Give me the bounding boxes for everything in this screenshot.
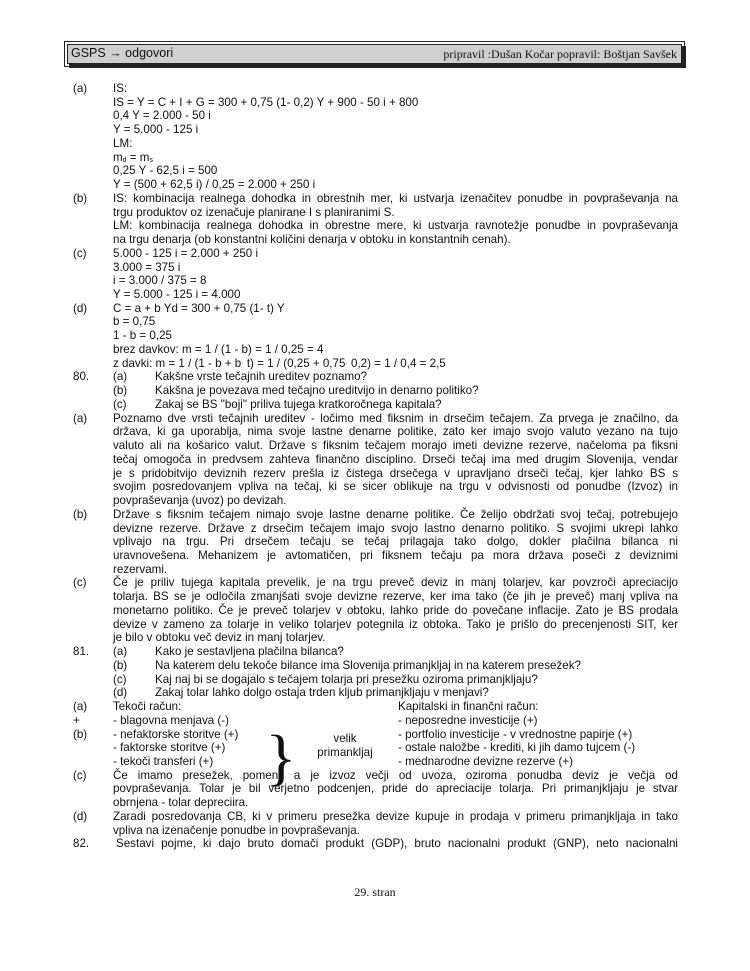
paragraph-line: povpraševanja (uvoz) po devizah. bbox=[113, 494, 286, 508]
item-label: (d) bbox=[113, 686, 127, 700]
paragraph-line: Če imamo presežek, pomeni, a je izvoz ve… bbox=[113, 769, 678, 783]
item-label: (a) bbox=[73, 412, 87, 426]
equation-line: 0,25 Y - 62,5 i = 500 bbox=[113, 164, 217, 178]
answer-a-line: (a)IS: bbox=[0, 82, 750, 96]
capital-account-heading: Kapitalski in finančni račun: bbox=[398, 700, 539, 714]
paragraph-line: Zaradi posredovanja CB, ki v primeru pre… bbox=[113, 810, 678, 824]
paragraph-line: na trgu denarja (ob konstantni količini … bbox=[113, 233, 511, 247]
item-label: (c) bbox=[113, 398, 127, 412]
question-number: 80. bbox=[73, 370, 89, 384]
document-credits: pripravil :Dušan Kočar popravil: Boštjan… bbox=[443, 47, 677, 62]
document-title: GSPS → odgovori bbox=[71, 46, 173, 60]
paragraph-line: rezervami. bbox=[113, 563, 167, 577]
brace-annotation: velik primankljaj bbox=[305, 732, 385, 760]
equation-line: 0,4 Y = 2.000 - 50 i bbox=[113, 109, 211, 123]
question-text: Kaj naj bi se dogajalo s tečajem tolarja… bbox=[155, 673, 538, 687]
equation-line: b = 0,75 bbox=[113, 315, 155, 329]
item-label: (b) bbox=[73, 728, 87, 742]
item-label: (c) bbox=[73, 576, 87, 590]
current-account-item: - faktorske storitve (+) bbox=[113, 741, 225, 755]
paragraph-line: vplivajo na trgu. Pri drsečem tečaju se … bbox=[113, 535, 678, 549]
paragraph-line: Države s fiksnim tečajem nimajo svoje la… bbox=[113, 508, 678, 522]
item-label: (a) bbox=[73, 700, 87, 714]
question-text: Kakšne vrste tečajnih ureditev poznamo? bbox=[155, 370, 367, 384]
item-label: (a) bbox=[113, 645, 127, 659]
paragraph-line: devize v zameno za tolarje in veliko tol… bbox=[113, 618, 678, 632]
page-number: 29. stran bbox=[0, 885, 750, 900]
equation-line: Y = 5.000 - 125 i bbox=[113, 123, 198, 137]
equation-line: IS: bbox=[113, 82, 127, 96]
current-account-item: - tekoči transferi (+) bbox=[113, 755, 213, 769]
equation-line: Y = (500 + 62,5 i) / 0,25 = 2.000 + 250 … bbox=[113, 178, 315, 192]
capital-account-item: - neposredne investicije (+) bbox=[398, 714, 538, 728]
equation-line: 5.000 - 125 i = 2.000 + 250 i bbox=[113, 247, 258, 261]
paragraph-line: devizne rezerve. Države z drsečim tečaje… bbox=[113, 522, 678, 536]
equation-line: Y = 5.000 - 125 i = 4.000 bbox=[113, 288, 240, 302]
paragraph-line: svojim posredovanjem vpliva na tečaj, ki… bbox=[113, 480, 678, 494]
paragraph-line: država, ki ga uporablja, nima svoje last… bbox=[113, 425, 678, 439]
item-label: (a) bbox=[73, 82, 87, 96]
question-text: Sestavi pojme, ki dajo bruto domači prod… bbox=[116, 837, 678, 851]
equation-line: brez davkov: m = 1 / (1 - b) = 1 / 0,25 … bbox=[113, 343, 323, 357]
capital-account-item: - ostale naložbe - krediti, ki jih damo … bbox=[398, 741, 635, 755]
paragraph-line: je bilo v obtoku več deviz in manj tolar… bbox=[113, 631, 325, 645]
item-label: (c) bbox=[73, 769, 87, 783]
item-label: (d) bbox=[73, 810, 87, 824]
paragraph-line: obrnjena - tolar depreciira. bbox=[113, 796, 248, 810]
question-text: Zakaj tolar lahko dolgo ostaja trden klj… bbox=[155, 686, 489, 700]
question-text: Kakšna je povezava med tečajno ureditvij… bbox=[155, 384, 479, 398]
item-label: (c) bbox=[73, 247, 87, 261]
equation-line: C = a + b Yd = 300 + 0,75 (1- t) Y bbox=[113, 302, 285, 316]
paragraph-line: je s pridobitvijo deviznih rezerv prešla… bbox=[113, 467, 678, 481]
question-text: Na katerem delu tekoče bilance ima Slove… bbox=[155, 659, 581, 673]
item-label: (c) bbox=[113, 673, 127, 687]
paragraph-line: LM: kombinacija realnega dohodka in obre… bbox=[113, 219, 678, 233]
question-text: Zakaj se BS "boji" priliva tujega kratko… bbox=[155, 398, 442, 412]
paragraph-line: tolarja. BS se je odločila zmanjšati svo… bbox=[113, 590, 678, 604]
capital-account-item: - mednarodne devizne rezerve (+) bbox=[398, 755, 573, 769]
paragraph-line: trgu produktov oz izenačuje planirane I … bbox=[113, 206, 395, 220]
capital-account-item: - portfolio investicije - v vrednostne p… bbox=[398, 728, 632, 742]
item-label: (b) bbox=[73, 192, 87, 206]
paragraph-line: povpraševanja. Tolar je bil verjetno pod… bbox=[113, 782, 678, 796]
paragraph-line: vpliva na izenačenje ponudbe in povpraše… bbox=[113, 824, 360, 838]
equation-line: 3.000 = 375 i bbox=[113, 261, 180, 275]
equation-multiplier-tax: z davki: m = 1 / (1 - b + b· t) = 1 / (0… bbox=[113, 357, 446, 371]
paragraph-line: uravnovešena. Mehanizem je avtomatičen, … bbox=[113, 549, 678, 563]
question-number: 82. bbox=[73, 837, 89, 851]
paragraph-line: Poznamo dve vrsti tečajnih ureditev - lo… bbox=[113, 412, 678, 426]
paragraph-line: tečaj omogoča in predvsem zahteva finanč… bbox=[113, 453, 678, 467]
item-label: (b) bbox=[113, 384, 127, 398]
equation-line: IS = Y = C + I + G = 300 + 0,75 (1- 0,2)… bbox=[113, 96, 418, 110]
paragraph-line: monetarno politiko. Če je preveč tolarje… bbox=[113, 604, 678, 618]
item-label: + bbox=[73, 714, 80, 728]
paragraph-line: IS: kombinacija realnega dohodka in obre… bbox=[113, 192, 678, 206]
question-text: Kako je sestavljena plačilna bilanca? bbox=[155, 645, 344, 659]
item-label: (d) bbox=[73, 302, 87, 316]
balance-row: +- blagovna menjava (-)- neposredne inve… bbox=[0, 714, 750, 728]
page-header: GSPS → odgovori pripravil :Dušan Kočar p… bbox=[67, 44, 682, 64]
equation-line: LM: bbox=[113, 137, 132, 151]
item-label: (a) bbox=[113, 370, 127, 384]
current-account-heading: Tekoči račun: bbox=[113, 700, 181, 714]
curly-brace-icon: } bbox=[265, 727, 296, 789]
item-label: (b) bbox=[113, 659, 127, 673]
item-label: (b) bbox=[73, 508, 87, 522]
paragraph-line: valuto ali na košarico valut. Države s f… bbox=[113, 439, 678, 453]
current-account-item: - blagovna menjava (-) bbox=[113, 714, 229, 728]
equation-line: 1 - b = 0,25 bbox=[113, 329, 172, 343]
equation-line: i = 3.000 / 375 = 8 bbox=[113, 274, 206, 288]
balance-row: (a)Tekoči račun:Kapitalski in finančni r… bbox=[0, 700, 750, 714]
question-number: 81. bbox=[73, 645, 89, 659]
current-account-item: - nefaktorske storitve (+) bbox=[113, 728, 238, 742]
paragraph-line: Če je priliv tujega kapitala prevelik, j… bbox=[113, 576, 678, 590]
